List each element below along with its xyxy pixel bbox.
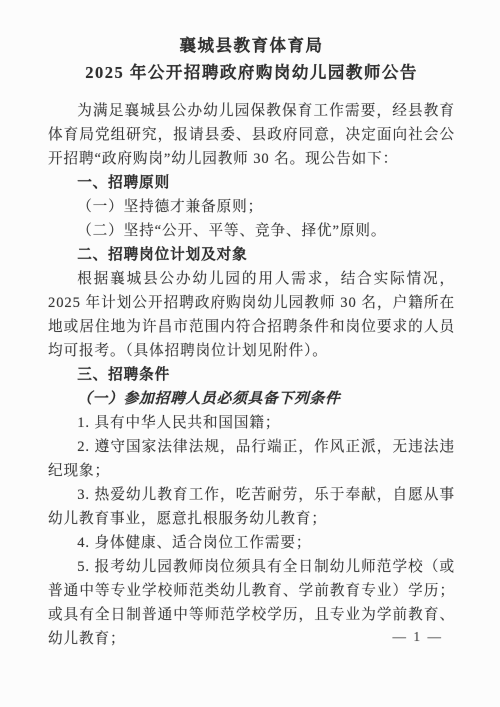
section-1-item-1: （一）坚持德才兼备原则；: [48, 195, 455, 219]
section-2-heading: 二、招聘岗位计划及对象: [48, 243, 455, 267]
page-number: — 1 —: [393, 629, 444, 645]
condition-item-3: 3. 热爱幼儿教育工作，吃苦耐劳，乐于奉献，自愿从事幼儿教育事业，愿意扎根服务幼…: [48, 483, 455, 531]
condition-item-4: 4. 身体健康、适合岗位工作需要；: [48, 531, 455, 555]
title-line-announcement: 2025 年公开招聘政府购岗幼儿园教师公告: [48, 59, 455, 86]
section-3-heading: 三、招聘条件: [48, 363, 455, 387]
section-1-item-2: （二）坚持“公开、平等、竞争、择优”原则。: [48, 219, 455, 243]
section-2-paragraph: 根据襄城县公办幼儿园的用人需求，结合实际情况，2025 年计划公开招聘政府购岗幼…: [48, 267, 455, 363]
document-title: 襄城县教育体育局 2025 年公开招聘政府购岗幼儿园教师公告: [48, 32, 455, 86]
document-body: 襄城县教育体育局 2025 年公开招聘政府购岗幼儿园教师公告 为满足襄城县公办幼…: [48, 32, 455, 651]
section-3-subheading: （一）参加招聘人员必须具备下列条件: [48, 387, 455, 411]
scanned-document-page: 襄城县教育体育局 2025 年公开招聘政府购岗幼儿园教师公告 为满足襄城县公办幼…: [0, 0, 500, 707]
title-line-issuer: 襄城县教育体育局: [48, 32, 455, 59]
condition-item-2: 2. 遵守国家法律法规，品行端正，作风正派，无违法违纪现象；: [48, 435, 455, 483]
document-text: 为满足襄城县公办幼儿园保教保育工作需要，经县教育体育局党组研究，报请县委、县政府…: [48, 99, 455, 651]
section-1-heading: 一、招聘原则: [48, 171, 455, 195]
intro-paragraph: 为满足襄城县公办幼儿园保教保育工作需要，经县教育体育局党组研究，报请县委、县政府…: [48, 99, 455, 171]
condition-item-1: 1. 具有中华人民共和国国籍；: [48, 411, 455, 435]
